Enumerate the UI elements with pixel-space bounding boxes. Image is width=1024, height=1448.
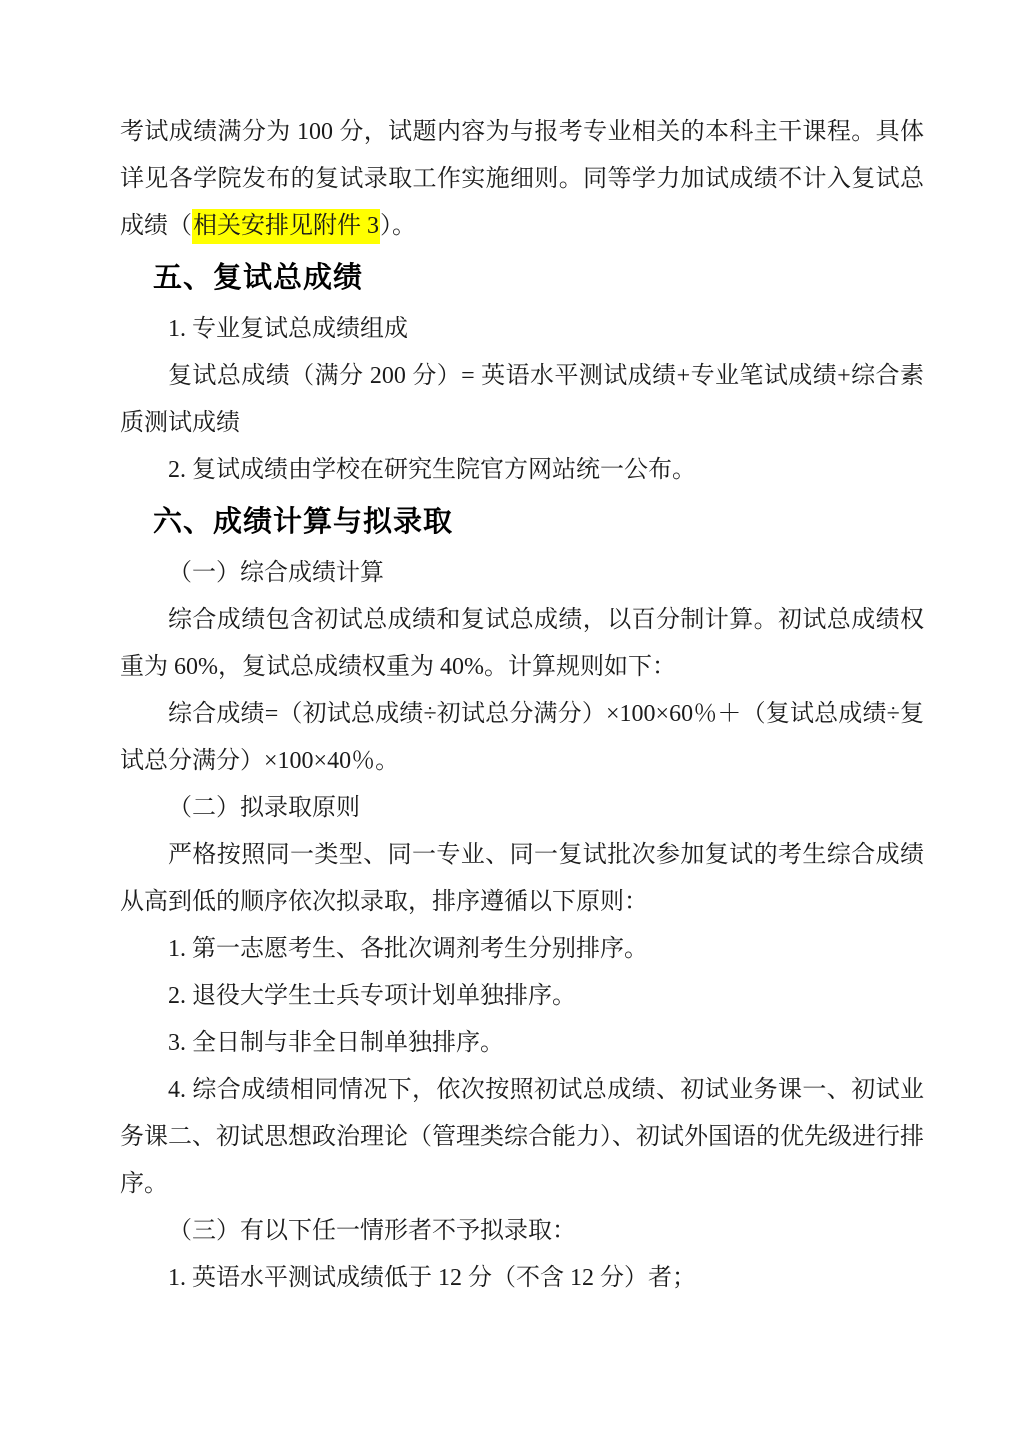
document-page: 考试成绩满分为 100 分，试题内容为与报考专业相关的本科主干课程。具体详见各学… (0, 0, 1024, 1448)
ranking-rule-1: 1. 第一志愿考生、各批次调剂考生分别排序。 (120, 926, 924, 973)
admission-ranking-description: 严格按照同一类型、同一专业、同一复试批次参加复试的考生综合成绩从高到低的顺序依次… (120, 832, 924, 926)
section-5-total-score-formula: 复试总成绩（满分 200 分）= 英语水平测试成绩+专业笔试成绩+综合素质测试成… (120, 353, 924, 447)
section-6-subsection-2-title: （二）拟录取原则 (120, 785, 924, 832)
ranking-rule-3: 3. 全日制与非全日制单独排序。 (120, 1020, 924, 1067)
ranking-rule-2: 2. 退役大学生士兵专项计划单独排序。 (120, 973, 924, 1020)
intro-paragraph: 考试成绩满分为 100 分，试题内容为与报考专业相关的本科主干课程。具体详见各学… (120, 109, 924, 250)
rejection-condition-1: 1. 英语水平测试成绩低于 12 分（不含 12 分）者； (120, 1255, 924, 1302)
section-6-subsection-3-title: （三）有以下任一情形者不予拟录取： (120, 1208, 924, 1255)
ranking-rule-4: 4. 综合成绩相同情况下，依次按照初试总成绩、初试业务课一、初试业务课二、初试思… (120, 1067, 924, 1208)
highlighted-attachment-note: 相关安排见附件 3 (192, 209, 380, 244)
section-6-subsection-1-title: （一）综合成绩计算 (120, 550, 924, 597)
section-6-heading: 六、成绩计算与拟录取 (120, 494, 924, 550)
comprehensive-score-description: 综合成绩包含初试总成绩和复试总成绩，以百分制计算。初试总成绩权重为 60%，复试… (120, 597, 924, 691)
section-5-heading: 五、复试总成绩 (120, 250, 924, 306)
section-5-subitem-1-title: 1. 专业复试总成绩组成 (120, 306, 924, 353)
comprehensive-score-formula: 综合成绩=（初试总成绩÷初试总分满分）×100×60％＋（复试总成绩÷复试总分满… (120, 691, 924, 785)
intro-text-after-highlight: ）。 (380, 213, 416, 239)
section-5-subitem-2: 2. 复试成绩由学校在研究生院官方网站统一公布。 (120, 447, 924, 494)
